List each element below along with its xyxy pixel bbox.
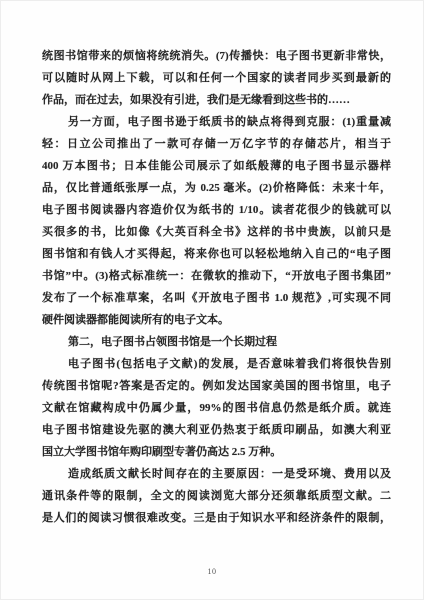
text-line: 可以随时从网上下载，可以和任何一个国家的读者同步买到最新的 [42,67,391,89]
text-line: 作品，而在过去，如果没有引进，我们是无缘看到这些书的…… [42,89,391,111]
text-line: 电子图书(包括电子文献)的发展，是否意味着我们将很快告别 [42,353,391,375]
text-line: 400 万本图书；日本佳能公司展示了如纸般薄的电子图书显示器样 [42,155,391,177]
document-body: 统图书馆带来的烦恼将统统消失。(7)传播快：电子图书更新非常快，可以随时从网上下… [42,45,391,529]
text-line: 发布了一个标准草案，名叫《开放电子图书 1.0 规范》,可实现不同 [42,287,391,309]
text-line: 电子图书阅读器内容造价仅为纸书的 1/10。读者花很少的钱就可以 [42,199,391,221]
text-line: 统图书馆带来的烦恼将统统消失。(7)传播快：电子图书更新非常快， [42,45,391,67]
text-line: 电子图书馆建设先驱的澳大利亚仍热衷于纸质印刷品，如澳大利亚 [42,419,391,441]
text-line: 是人们的阅读习惯很难改变。三是由于知识水平和经济条件的限制， [42,507,391,529]
text-line: 硬件阅读器都能阅读所有的电子文本。 [42,309,391,331]
text-line: 造成纸质文献长时间存在的主要原因：一是受环境、费用以及 [42,463,391,485]
page-number: 10 [1,567,423,576]
text-line: 国立大学图书馆年购印刷型专著仍高达 2.5 万种。 [42,441,391,463]
text-line: 另一方面，电子图书逊于纸质书的缺点将得到克服：(1)重量减 [42,111,391,133]
text-line: 文献在馆藏构成中仍属少量，99%的图书信息仍然是纸介质。就连 [42,397,391,419]
text-line: 通讯条件等的限制，全文的阅读浏览大部分还须靠纸质型文献。二 [42,485,391,507]
text-line: 书馆”中。(3)格式标准统一：在微软的推动下，“开放电子图书集团” [42,265,391,287]
text-line: 图书馆和有钱人才买得起，将来你也可以轻松地纳入自己的“电子图 [42,243,391,265]
text-line: 品，仅比普通纸张厚一点，为 0.25 毫米。(2)价格降低：未来十年， [42,177,391,199]
text-line: 轻：日立公司推出了一款可存储一万亿字节的存储芯片，相当于 [42,133,391,155]
document-page: 统图书馆带来的烦恼将统统消失。(7)传播快：电子图书更新非常快，可以随时从网上下… [0,0,424,600]
text-line: 买很多的书，比如像《大英百科全书》这样的书中贵族，以前只是 [42,221,391,243]
text-line: 第二，电子图书占领图书馆是一个长期过程 [42,331,391,353]
text-line: 传统图书馆呢?答案是否定的。例如发达国家美国的图书馆里，电子 [42,375,391,397]
